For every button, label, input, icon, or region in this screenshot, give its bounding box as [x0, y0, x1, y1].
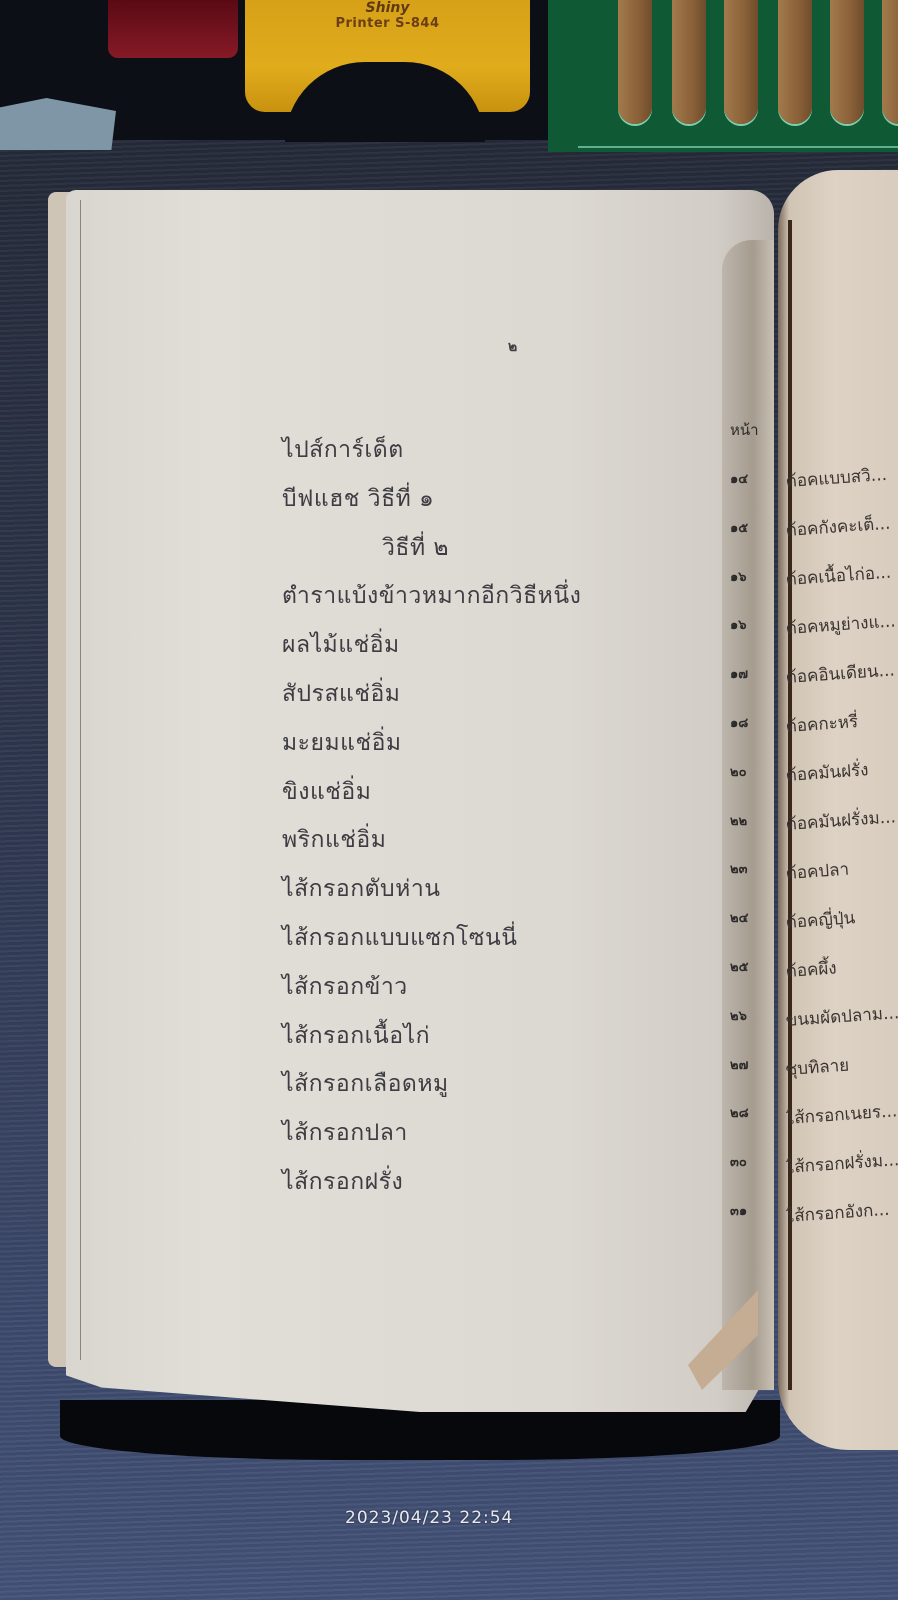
right-toc-entry: ต้อคกังคะเต็... — [786, 501, 898, 558]
right-toc-entry: ไส้กรอกอังก... — [786, 1187, 898, 1244]
toc-page-number: ๑๘ — [730, 702, 766, 751]
right-toc-entry: ต้อคอินเดียน... — [786, 648, 898, 705]
page-edge — [80, 200, 81, 1360]
right-toc-entry: ต้อคหมูย่างแ... — [786, 599, 898, 656]
page-column-header: หน้า — [730, 408, 766, 458]
toc-entry: พริกแช่อิ่ม — [282, 818, 712, 867]
rack-slot — [778, 0, 812, 124]
toc-page-number: ๑๔ — [730, 458, 766, 507]
toc-entry: บีฟแฮช วิธีที่ ๑ — [282, 477, 712, 526]
toc-page-number: ๒๓ — [730, 848, 766, 897]
printer-cutout — [285, 62, 485, 142]
toc-entry: ผลไม้แช่อิ่ม — [282, 623, 712, 672]
rack-slot — [830, 0, 864, 124]
toc-page-number: ๒๒ — [730, 800, 766, 849]
toc-page-number: ๒๕ — [730, 946, 766, 995]
toc-entry: วิธีที่ ๒ — [282, 526, 712, 575]
label-printer: Shiny Printer S-844 — [245, 0, 530, 112]
toc-entry: ไส้กรอกตับห่าน — [282, 867, 712, 916]
rack-slot — [618, 0, 652, 124]
toc-entry: ไส้กรอกเลือดหมู — [282, 1062, 712, 1111]
right-toc-entry: ต้อคมันฝรั่ง — [786, 746, 898, 803]
toc-page-number: ๓๐ — [730, 1141, 766, 1190]
right-toc-entry: ไส้กรอกเนยร... — [786, 1089, 898, 1146]
toc-entry: ไปส์การ์เด็ต — [282, 428, 712, 477]
page-number-column: หน้า ๑๔ ๑๕ ๑๖ ๑๖ ๑๗ ๑๘ ๒๐ ๒๒ ๒๓ ๒๔ ๒๕ ๒๖… — [730, 408, 766, 1239]
toc-page-number: ๒๔ — [730, 897, 766, 946]
right-toc-entry: ต้อคกะหรี่ — [786, 697, 898, 754]
rack-slot — [672, 0, 706, 124]
toc-entry: ไส้กรอกแบบแซกโซนนี่ — [282, 916, 712, 965]
toc-page-number: ๑๗ — [730, 653, 766, 702]
toc-page-number: ๒๗ — [730, 1044, 766, 1093]
toc-entry: ไส้กรอกข้าว — [282, 965, 712, 1014]
toc-entry: ตำราแบ้งข้าวหมากอีกวิธีหนึ่ง — [282, 574, 712, 623]
right-toc-entry: ต้อคปลา — [786, 844, 898, 901]
toc-page-number: ๑๖ — [730, 604, 766, 653]
rack-rail — [578, 146, 898, 148]
right-toc-entry: ต้อคเนื้อไก่อ... — [786, 550, 898, 607]
right-toc-entry: ต้อคผึ้ง — [786, 942, 898, 999]
right-toc-entry: ขนมผัดปลาม... — [786, 991, 898, 1048]
toc-page-number: ๑๕ — [730, 507, 766, 556]
right-toc-entry: ซุบทิลาย — [786, 1040, 898, 1097]
toc-page-number: ๒๘ — [730, 1092, 766, 1141]
rack-slot — [882, 0, 898, 124]
toc-entry: ขิงแช่อิ่ม — [282, 770, 712, 819]
toc-entry: มะยมแช่อิ่ม — [282, 721, 712, 770]
toc-page-number: ๑๖ — [730, 556, 766, 605]
red-object — [108, 0, 238, 58]
toc-page-number: ๓๑ — [730, 1190, 766, 1239]
toc-entry: ไส้กรอกฝรั่ง — [282, 1160, 712, 1209]
rack-slot — [724, 0, 758, 124]
toc-entry: สัปรสแช่อิ่ม — [282, 672, 712, 721]
printer-model-label: Printer S-844 — [245, 16, 530, 31]
right-toc-entry: ไส้กรอกฝรั่งม... — [786, 1138, 898, 1195]
table-of-contents: ไปส์การ์เด็ต บีฟแฮช วิธีที่ ๑ วิธีที่ ๒ … — [282, 428, 712, 1209]
toc-entry: ไส้กรอกเนื้อไก่ — [282, 1014, 712, 1063]
toc-page-number: ๒๐ — [730, 751, 766, 800]
right-toc-entry: ต้อคมันฝรั่งม... — [786, 795, 898, 852]
right-page-contents: ต้อคแบบสวิ... ต้อคกังคะเต็... ต้อคเนื้อไ… — [786, 460, 898, 1244]
right-toc-entry: ต้อคญี่ปุ่น — [786, 893, 898, 950]
green-rack — [548, 0, 898, 152]
photo-timestamp: 2023/04/23 22:54 — [345, 1508, 513, 1528]
toc-entry: ไส้กรอกปลา — [282, 1111, 712, 1160]
toc-page-number: ๒๖ — [730, 995, 766, 1044]
printer-brand-label: Shiny — [245, 0, 530, 16]
page-number: ๒ — [508, 336, 517, 358]
